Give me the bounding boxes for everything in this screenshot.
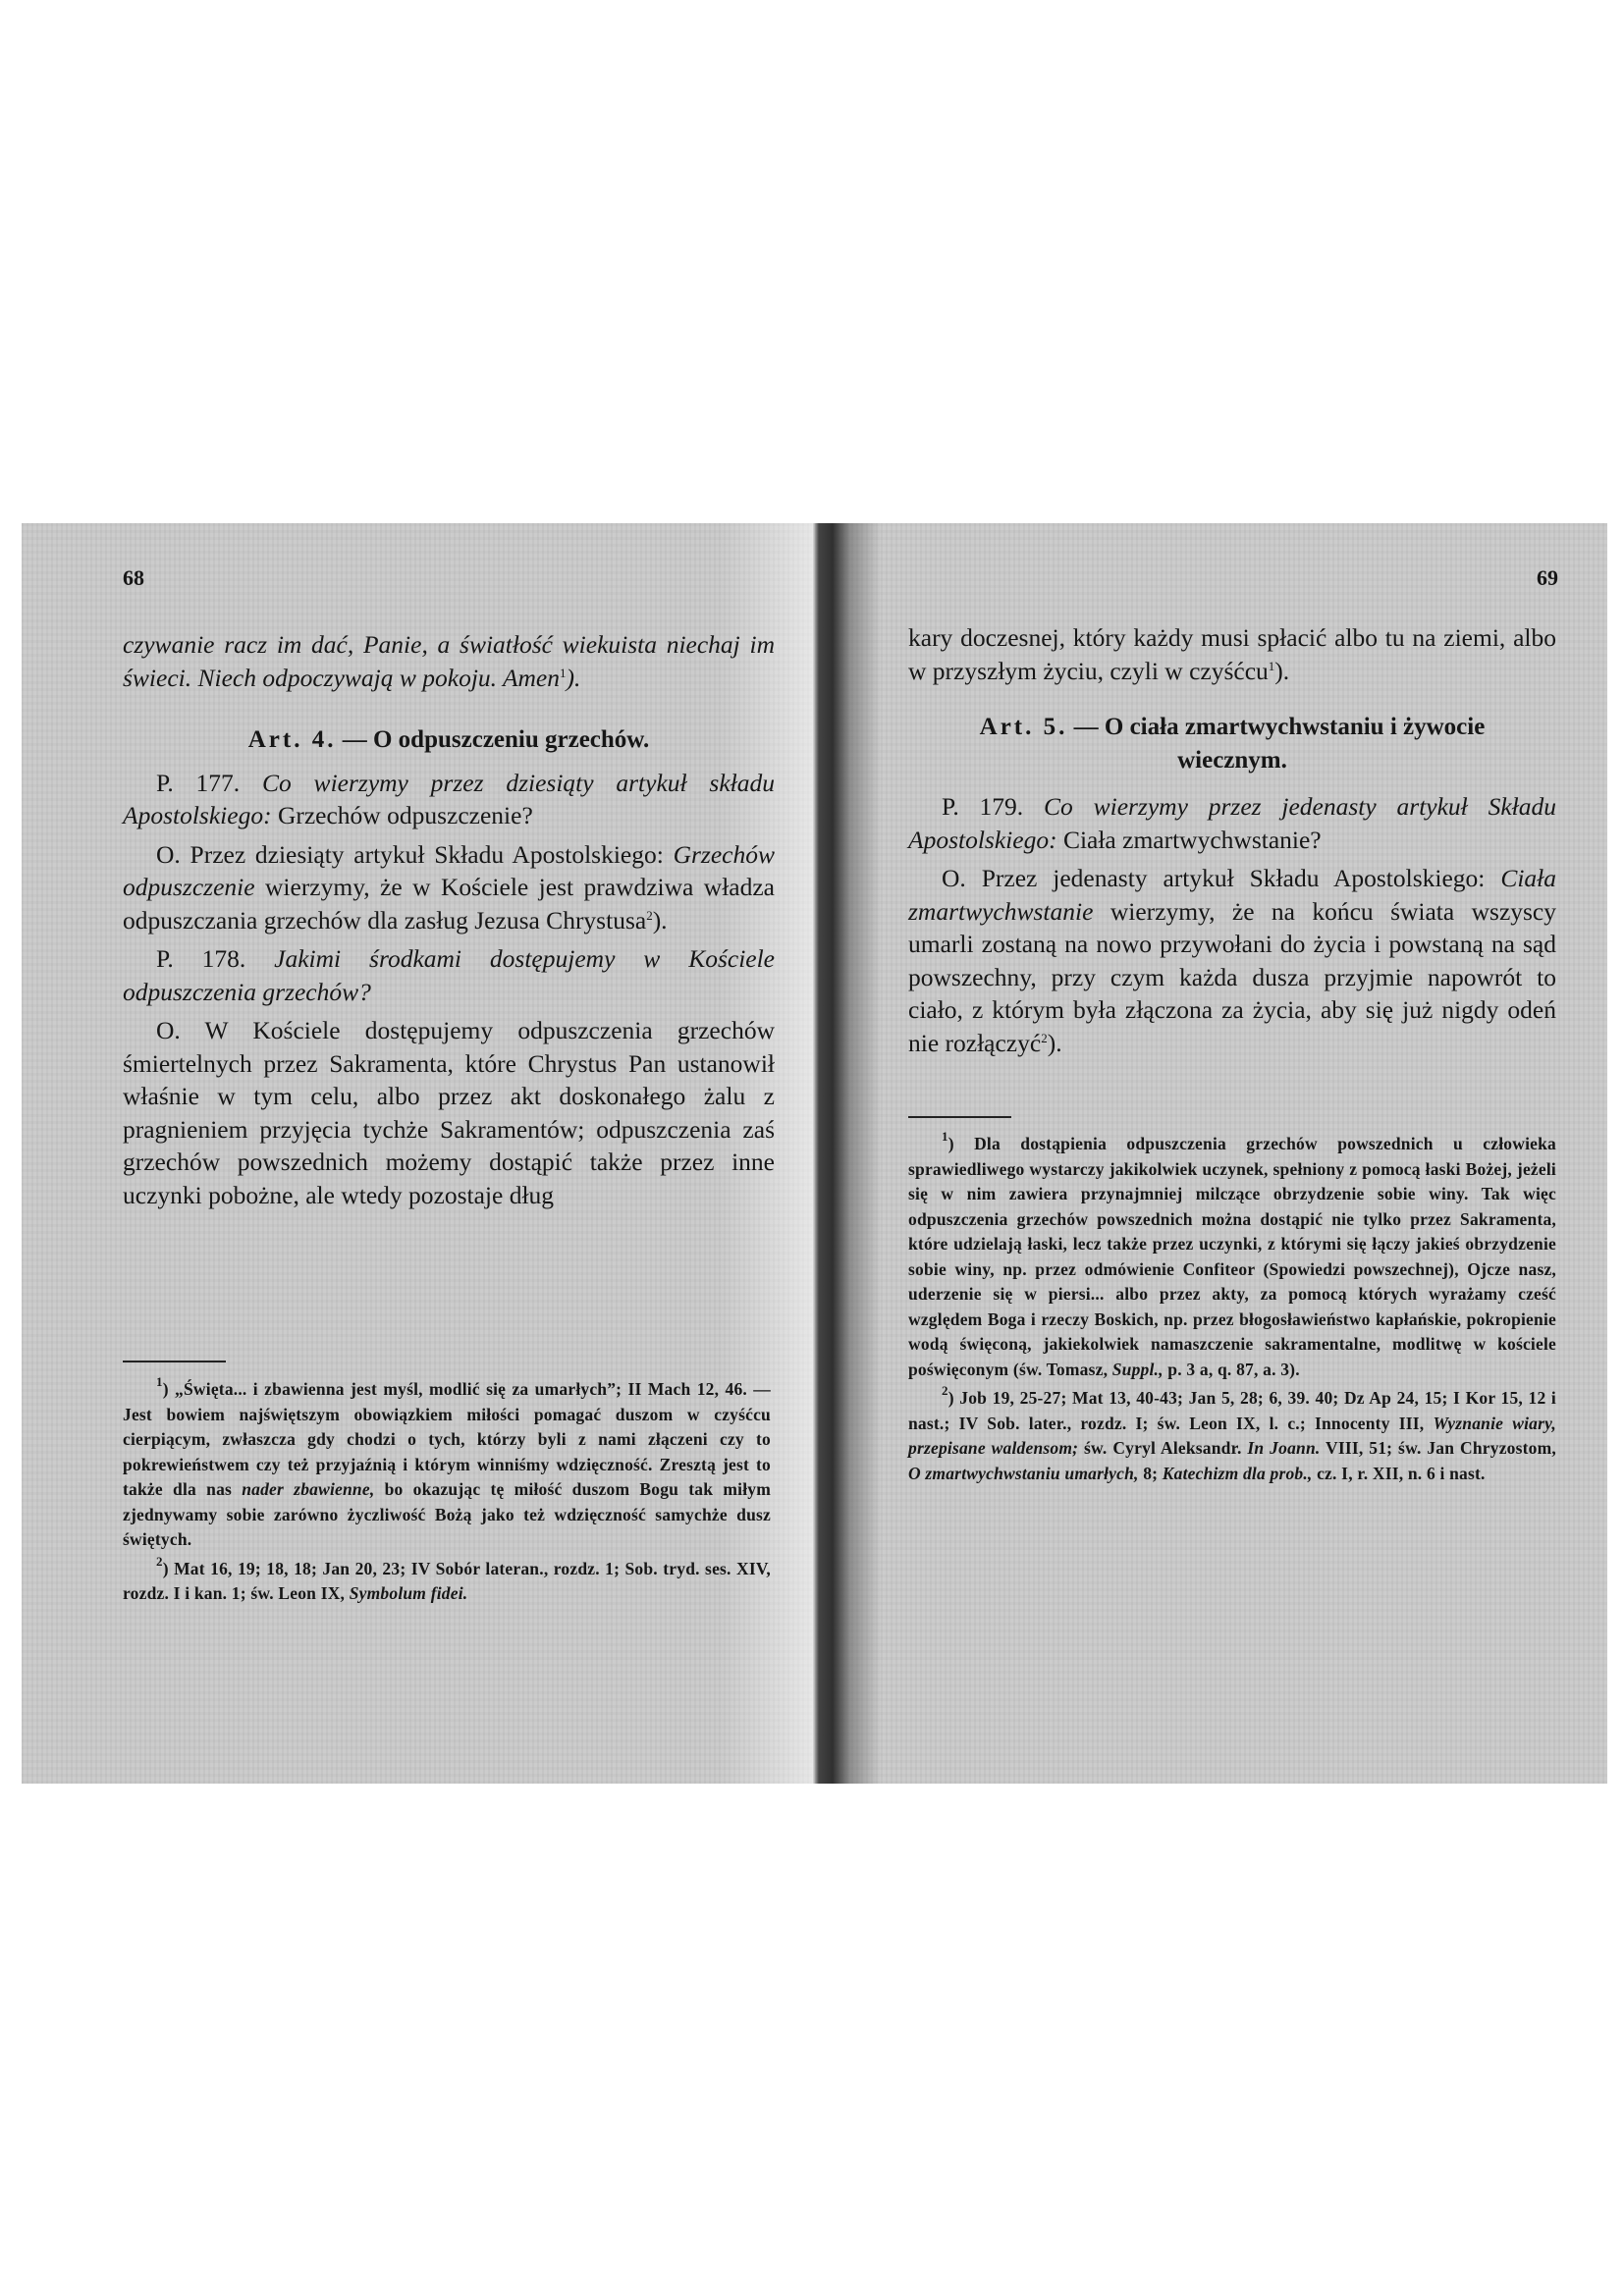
answer-178: O. W Kościele dostępujemy odpuszczenia g…	[123, 1014, 775, 1211]
left-page: 68 czywanie racz im dać, Panie, a światł…	[22, 523, 815, 1784]
footnote-2: 2) Mat 16, 19; 18, 18; Jan 20, 23; IV So…	[123, 1557, 771, 1607]
footnotes: 1) „Święta... i zbawienna jest myśl, mod…	[123, 1377, 771, 1607]
question-179: P. 179. Co wierzymy przez jedenasty arty…	[908, 790, 1556, 856]
article-heading: Art. 4. — O odpuszczeniu grzechów.	[123, 723, 775, 757]
main-text: czywanie racz im dać, Panie, a światłość…	[123, 628, 775, 1211]
right-page: 69 kary doczesnej, który każdy musi spła…	[815, 523, 1607, 1784]
book-gutter	[812, 523, 881, 1784]
footnote-1: 1) Dla dostąpienia odpuszczenia grzechów…	[908, 1132, 1556, 1382]
answer-177: O. Przez dziesiąty artykuł Składu Aposto…	[123, 838, 775, 937]
continuation-paragraph: czywanie racz im dać, Panie, a światłość…	[123, 628, 775, 694]
question-177: P. 177. Co wierzymy przez dziesiąty arty…	[123, 767, 775, 832]
question-178: P. 178. Jakimi środkami dostępujemy w Ko…	[123, 942, 775, 1008]
main-text: kary doczesnej, który każdy musi spłacić…	[908, 621, 1556, 1059]
footnote-divider	[908, 1116, 1011, 1118]
article-heading: Art. 5. — O ciała zmartwychwstaniu i żyw…	[908, 711, 1556, 776]
page-number: 69	[1537, 565, 1558, 591]
continuation-paragraph: kary doczesnej, który każdy musi spłacić…	[908, 621, 1556, 687]
scanned-book-spread: 68 czywanie racz im dać, Panie, a światł…	[22, 523, 1607, 1784]
footnote-divider	[123, 1361, 226, 1362]
page-number: 68	[123, 565, 144, 591]
answer-179: O. Przez jedenasty artykuł Składu Aposto…	[908, 862, 1556, 1059]
footnote-2: 2) Job 19, 25-27; Mat 13, 40-43; Jan 5, …	[908, 1386, 1556, 1486]
footnotes: 1) Dla dostąpienia odpuszczenia grzechów…	[908, 1132, 1556, 1486]
footnote-1: 1) „Święta... i zbawienna jest myśl, mod…	[123, 1377, 771, 1553]
